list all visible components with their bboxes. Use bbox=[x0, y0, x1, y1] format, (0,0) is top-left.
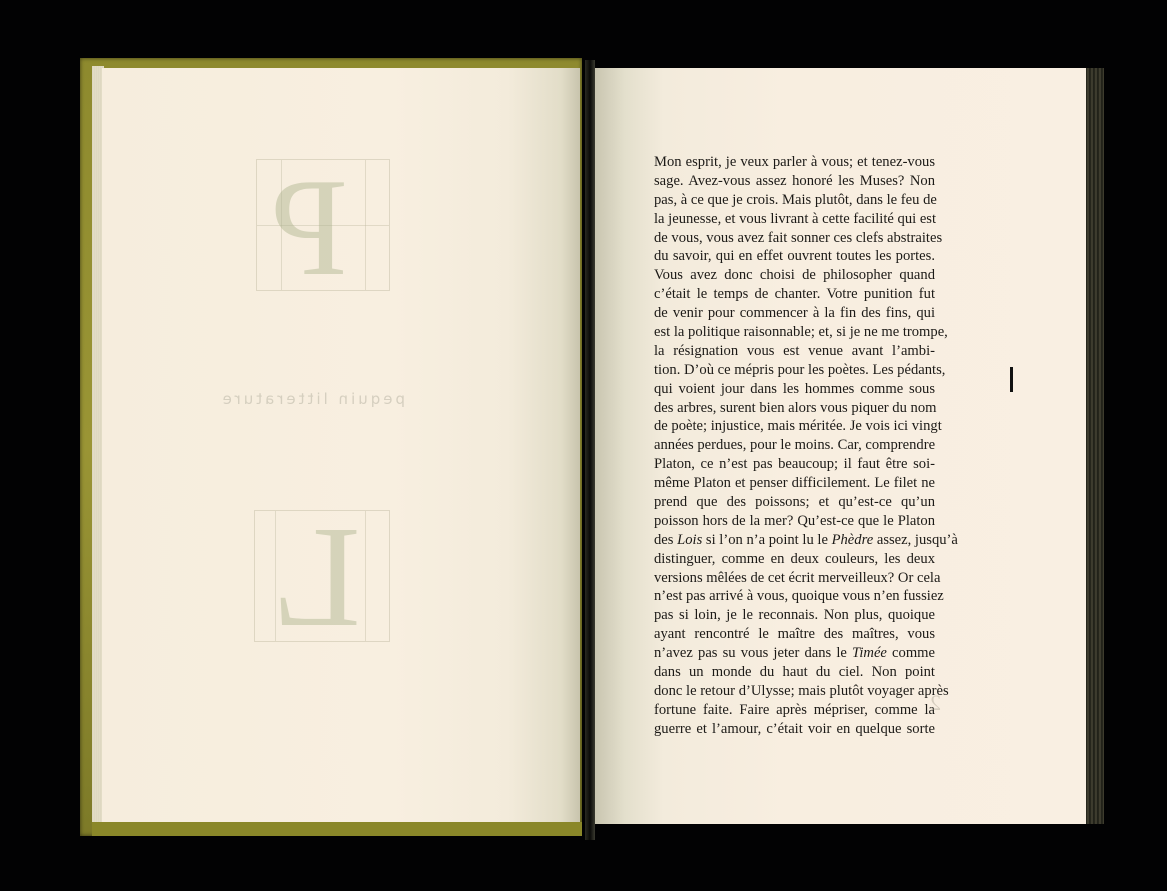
text-line: n’est pas arrivé à vous, quoique vous n’… bbox=[654, 587, 935, 606]
text-line: dans un monde du haut du ciel. Non point bbox=[654, 663, 935, 682]
text-line: années perdues, pour le moins. Car, comp… bbox=[654, 436, 935, 455]
text-line: guerre et l’amour, c’était voir en quelq… bbox=[654, 720, 935, 739]
italic-title: Phèdre bbox=[832, 532, 874, 548]
text-line: des arbres, surent bien alors vous pique… bbox=[654, 399, 935, 418]
right-page-edges bbox=[1086, 68, 1104, 824]
text-line: tion. D’où ce mépris pour les poètes. Le… bbox=[654, 361, 935, 380]
text-line: Mon esprit, je veux parler à vous; et te… bbox=[654, 153, 935, 172]
text-line: sage. Avez-vous assez honoré les Muses? … bbox=[654, 172, 935, 191]
text-line: fortune faite. Faire après mépriser, com… bbox=[654, 701, 935, 720]
text-line: du savoir, qui en effet ouvrent toutes l… bbox=[654, 247, 935, 266]
italic-title: Timée bbox=[852, 645, 887, 661]
text-line: de venir pour commencer à la fin des fin… bbox=[654, 304, 935, 323]
italic-title: Lois bbox=[677, 532, 702, 548]
text-line: qui voient jour dans les hommes comme so… bbox=[654, 380, 935, 399]
text-line: donc le retour d’Ulysse; mais plutôt voy… bbox=[654, 682, 935, 701]
text-line: de vous, vous avez fait sonner ces clefs… bbox=[654, 229, 935, 248]
text-line: pas si loin, je le reconnais. Non plus, … bbox=[654, 606, 935, 625]
text-line: de poète; injustice, mais méritée. Je vo… bbox=[654, 417, 935, 436]
text-line: pas, à ce que je crois. Mais plutôt, dan… bbox=[654, 191, 935, 210]
text-line: même Platon et penser difficilement. Le … bbox=[654, 474, 935, 493]
text-line: c’était le temps de chanter. Votre punit… bbox=[654, 285, 935, 304]
ghost-letter-l: L bbox=[272, 505, 361, 650]
text-line: Platon, ce n’est pas beaucoup; il faut ê… bbox=[654, 455, 935, 474]
text-line: n’avez pas su vous jeter dans le Timée c… bbox=[654, 644, 935, 663]
text-line: prend que des poissons; et qu’est-ce qu’… bbox=[654, 493, 935, 512]
text-line: la jeunesse, et vous livrant à cette fac… bbox=[654, 210, 935, 229]
text-line: poisson hors de la mer? Qu’est-ce que le… bbox=[654, 512, 935, 531]
ghost-page-number: 2 bbox=[930, 690, 941, 716]
book-gutter bbox=[585, 60, 595, 840]
text-line: ayant rencontré le maître des maîtres, v… bbox=[654, 625, 935, 644]
text-line: distinguer, comme en deux couleurs, les … bbox=[654, 550, 935, 569]
text-line: la résignation vous est venue avant l’am… bbox=[654, 342, 935, 361]
text-line: des Lois si l’on n’a point lu le Phèdre … bbox=[654, 531, 935, 550]
page-body-text: Mon esprit, je veux parler à vous; et te… bbox=[654, 153, 935, 739]
text-line: Vous avez donc choisi de philosopher qua… bbox=[654, 266, 935, 285]
margin-mark bbox=[1010, 367, 1013, 392]
cover-bottom-edge bbox=[92, 822, 582, 836]
ghost-mirrored-title: pequin litterature bbox=[255, 390, 405, 408]
text-line: est la politique raisonnable; et, si je … bbox=[654, 323, 935, 342]
text-line: versions mêlées de cet écrit merveilleux… bbox=[654, 569, 935, 588]
ghost-letter-p: P bbox=[270, 158, 348, 298]
